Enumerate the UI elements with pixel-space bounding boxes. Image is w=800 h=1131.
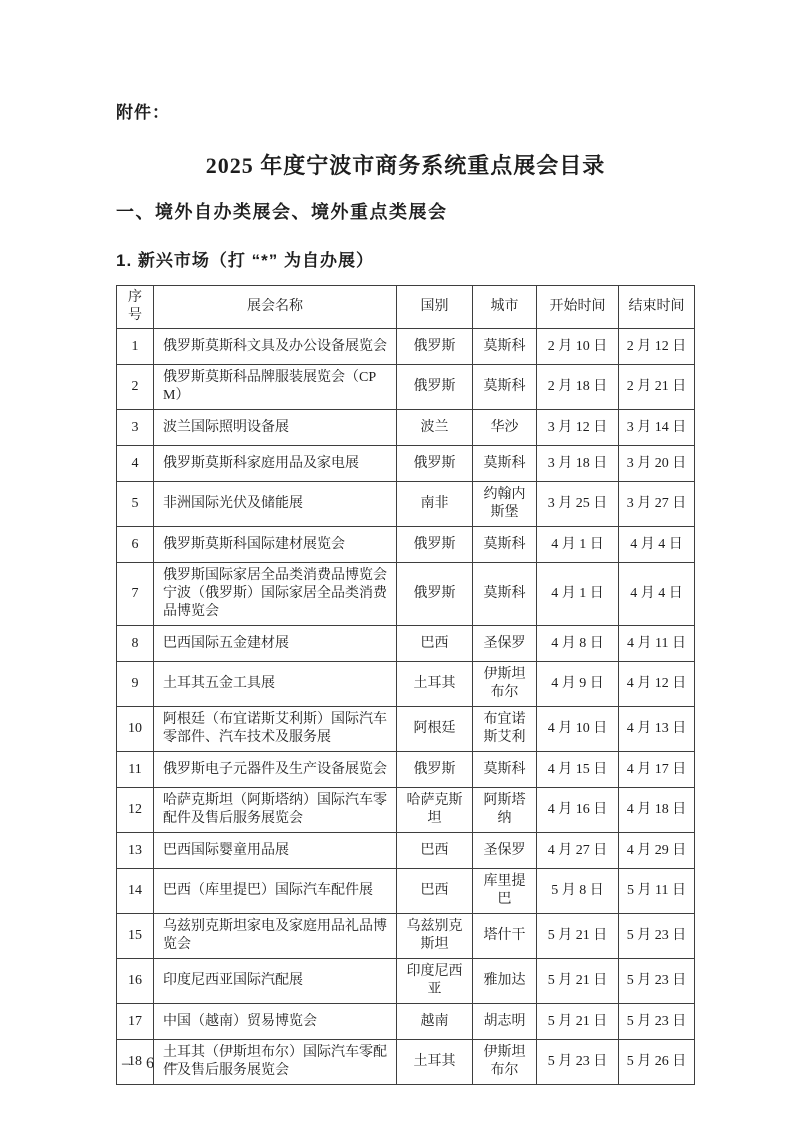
- country-cell: 印度尼西亚: [397, 959, 473, 1004]
- exhibition-name-cell: 非洲国际光伏及储能展: [154, 482, 397, 527]
- start-date-cell: 4 月 27 日: [537, 833, 619, 869]
- end-date-cell: 3 月 14 日: [619, 410, 695, 446]
- start-date-cell: 5 月 8 日: [537, 869, 619, 914]
- country-cell: 土耳其: [397, 1040, 473, 1085]
- country-cell: 乌兹别克斯坦: [397, 914, 473, 959]
- country-cell: 巴西: [397, 626, 473, 662]
- row-number-cell: 4: [117, 446, 154, 482]
- table-row: 5 非洲国际光伏及储能展 南非 约翰内斯堡 3 月 25 日 3 月 27 日: [117, 482, 695, 527]
- end-date-cell: 4 月 13 日: [619, 707, 695, 752]
- end-date-cell: 4 月 11 日: [619, 626, 695, 662]
- start-date-cell: 4 月 16 日: [537, 788, 619, 833]
- country-cell: 俄罗斯: [397, 563, 473, 626]
- exhibition-name-cell: 哈萨克斯坦（阿斯塔纳）国际汽车零配件及售后服务展览会: [154, 788, 397, 833]
- city-cell: 圣保罗: [473, 833, 537, 869]
- row-number-cell: 2: [117, 365, 154, 410]
- city-cell: 莫斯科: [473, 752, 537, 788]
- table-row: 17 中国（越南）贸易博览会 越南 胡志明 5 月 21 日 5 月 23 日: [117, 1004, 695, 1040]
- start-date-cell: 5 月 21 日: [537, 914, 619, 959]
- header-no: 序号: [117, 286, 154, 329]
- header-city: 城市: [473, 286, 537, 329]
- country-cell: 南非: [397, 482, 473, 527]
- row-number-cell: 13: [117, 833, 154, 869]
- exhibition-name-cell: 巴西国际婴童用品展: [154, 833, 397, 869]
- row-number-cell: 9: [117, 662, 154, 707]
- table-header-row: 序号 展会名称 国别 城市 开始时间 结束时间: [117, 286, 695, 329]
- city-cell: 阿斯塔纳: [473, 788, 537, 833]
- end-date-cell: 4 月 17 日: [619, 752, 695, 788]
- row-number-cell: 16: [117, 959, 154, 1004]
- row-number-cell: 14: [117, 869, 154, 914]
- end-date-cell: 5 月 23 日: [619, 1004, 695, 1040]
- end-date-cell: 3 月 27 日: [619, 482, 695, 527]
- table-row: 14 巴西（库里提巴）国际汽车配件展 巴西 库里提巴 5 月 8 日 5 月 1…: [117, 869, 695, 914]
- start-date-cell: 4 月 1 日: [537, 527, 619, 563]
- attachment-label: 附件：: [116, 98, 695, 123]
- city-cell: 库里提巴: [473, 869, 537, 914]
- start-date-cell: 3 月 12 日: [537, 410, 619, 446]
- exhibition-name-cell: 土耳其五金工具展: [154, 662, 397, 707]
- row-number-cell: 3: [117, 410, 154, 446]
- table-row: 6 俄罗斯莫斯科国际建材展览会 俄罗斯 莫斯科 4 月 1 日 4 月 4 日: [117, 527, 695, 563]
- end-date-cell: 5 月 26 日: [619, 1040, 695, 1085]
- country-cell: 越南: [397, 1004, 473, 1040]
- exhibition-name-cell: 印度尼西亚国际汽配展: [154, 959, 397, 1004]
- start-date-cell: 5 月 21 日: [537, 959, 619, 1004]
- section-heading: 一、境外自办类展会、境外重点类展会: [116, 198, 695, 224]
- subsection-heading: 1. 新兴市场（打 “*” 为自办展）: [116, 246, 695, 271]
- start-date-cell: 4 月 10 日: [537, 707, 619, 752]
- exhibition-name-cell: 巴西（库里提巴）国际汽车配件展: [154, 869, 397, 914]
- table-row: 12 哈萨克斯坦（阿斯塔纳）国际汽车零配件及售后服务展览会 哈萨克斯坦 阿斯塔纳…: [117, 788, 695, 833]
- start-date-cell: 2 月 10 日: [537, 329, 619, 365]
- document-page: 附件： 2025 年度宁波市商务系统重点展会目录 一、境外自办类展会、境外重点类…: [0, 0, 800, 1131]
- end-date-cell: 2 月 21 日: [619, 365, 695, 410]
- end-date-cell: 5 月 23 日: [619, 914, 695, 959]
- row-number-cell: 17: [117, 1004, 154, 1040]
- table-row: 10 阿根廷（布宜诺斯艾利斯）国际汽车零部件、汽车技术及服务展 阿根廷 布宜诺斯…: [117, 707, 695, 752]
- end-date-cell: 4 月 12 日: [619, 662, 695, 707]
- start-date-cell: 4 月 1 日: [537, 563, 619, 626]
- city-cell: 雅加达: [473, 959, 537, 1004]
- header-end: 结束时间: [619, 286, 695, 329]
- table-row: 3 波兰国际照明设备展 波兰 华沙 3 月 12 日 3 月 14 日: [117, 410, 695, 446]
- city-cell: 莫斯科: [473, 527, 537, 563]
- end-date-cell: 5 月 23 日: [619, 959, 695, 1004]
- exhibition-name-cell: 俄罗斯莫斯科品牌服装展览会（CPM）: [154, 365, 397, 410]
- exhibition-name-cell: 俄罗斯莫斯科国际建材展览会: [154, 527, 397, 563]
- table-row: 15 乌兹别克斯坦家电及家庭用品礼品博览会 乌兹别克斯坦 塔什干 5 月 21 …: [117, 914, 695, 959]
- start-date-cell: 4 月 8 日: [537, 626, 619, 662]
- end-date-cell: 3 月 20 日: [619, 446, 695, 482]
- country-cell: 阿根廷: [397, 707, 473, 752]
- country-cell: 俄罗斯: [397, 752, 473, 788]
- table-row: 8 巴西国际五金建材展 巴西 圣保罗 4 月 8 日 4 月 11 日: [117, 626, 695, 662]
- start-date-cell: 5 月 21 日: [537, 1004, 619, 1040]
- row-number-cell: 1: [117, 329, 154, 365]
- city-cell: 圣保罗: [473, 626, 537, 662]
- table-header: 序号 展会名称 国别 城市 开始时间 结束时间: [117, 286, 695, 329]
- end-date-cell: 4 月 18 日: [619, 788, 695, 833]
- country-cell: 俄罗斯: [397, 329, 473, 365]
- country-cell: 土耳其: [397, 662, 473, 707]
- city-cell: 伊斯坦布尔: [473, 1040, 537, 1085]
- city-cell: 约翰内斯堡: [473, 482, 537, 527]
- start-date-cell: 3 月 18 日: [537, 446, 619, 482]
- start-date-cell: 4 月 9 日: [537, 662, 619, 707]
- exhibition-name-cell: 俄罗斯莫斯科文具及办公设备展览会: [154, 329, 397, 365]
- exhibition-name-cell: 俄罗斯电子元器件及生产设备展览会: [154, 752, 397, 788]
- row-number-cell: 8: [117, 626, 154, 662]
- end-date-cell: 2 月 12 日: [619, 329, 695, 365]
- table-row: 1 俄罗斯莫斯科文具及办公设备展览会 俄罗斯 莫斯科 2 月 10 日 2 月 …: [117, 329, 695, 365]
- exhibition-name-cell: 乌兹别克斯坦家电及家庭用品礼品博览会: [154, 914, 397, 959]
- exhibition-name-cell: 阿根廷（布宜诺斯艾利斯）国际汽车零部件、汽车技术及服务展: [154, 707, 397, 752]
- page-number: – 6 –: [122, 1055, 184, 1073]
- city-cell: 塔什干: [473, 914, 537, 959]
- country-cell: 俄罗斯: [397, 365, 473, 410]
- end-date-cell: 5 月 11 日: [619, 869, 695, 914]
- start-date-cell: 3 月 25 日: [537, 482, 619, 527]
- exhibition-name-cell: 巴西国际五金建材展: [154, 626, 397, 662]
- country-cell: 波兰: [397, 410, 473, 446]
- exhibition-name-cell: 土耳其（伊斯坦布尔）国际汽车零配件及售后服务展览会: [154, 1040, 397, 1085]
- row-number-cell: 7: [117, 563, 154, 626]
- country-cell: 俄罗斯: [397, 446, 473, 482]
- table-row: 7 俄罗斯国际家居全品类消费品博览会 宁波（俄罗斯）国际家居全品类消费品博览会 …: [117, 563, 695, 626]
- row-number-cell: 5: [117, 482, 154, 527]
- country-cell: 巴西: [397, 833, 473, 869]
- end-date-cell: 4 月 29 日: [619, 833, 695, 869]
- row-number-cell: 6: [117, 527, 154, 563]
- end-date-cell: 4 月 4 日: [619, 563, 695, 626]
- city-cell: 布宜诺斯艾利: [473, 707, 537, 752]
- city-cell: 莫斯科: [473, 329, 537, 365]
- row-number-cell: 15: [117, 914, 154, 959]
- city-cell: 莫斯科: [473, 365, 537, 410]
- table-row: 11 俄罗斯电子元器件及生产设备展览会 俄罗斯 莫斯科 4 月 15 日 4 月…: [117, 752, 695, 788]
- exhibition-table: 序号 展会名称 国别 城市 开始时间 结束时间 1 俄罗斯莫斯科文具及办公设备展…: [116, 285, 695, 1085]
- row-number-cell: 12: [117, 788, 154, 833]
- table-row: 13 巴西国际婴童用品展 巴西 圣保罗 4 月 27 日 4 月 29 日: [117, 833, 695, 869]
- table-row: 16 印度尼西亚国际汽配展 印度尼西亚 雅加达 5 月 21 日 5 月 23 …: [117, 959, 695, 1004]
- page-title: 2025 年度宁波市商务系统重点展会目录: [116, 149, 695, 180]
- start-date-cell: 4 月 15 日: [537, 752, 619, 788]
- start-date-cell: 5 月 23 日: [537, 1040, 619, 1085]
- exhibition-name-cell: 俄罗斯莫斯科家庭用品及家电展: [154, 446, 397, 482]
- city-cell: 伊斯坦布尔: [473, 662, 537, 707]
- country-cell: 哈萨克斯坦: [397, 788, 473, 833]
- table-row: 9 土耳其五金工具展 土耳其 伊斯坦布尔 4 月 9 日 4 月 12 日: [117, 662, 695, 707]
- city-cell: 华沙: [473, 410, 537, 446]
- start-date-cell: 2 月 18 日: [537, 365, 619, 410]
- exhibition-name-cell: 俄罗斯国际家居全品类消费品博览会 宁波（俄罗斯）国际家居全品类消费品博览会: [154, 563, 397, 626]
- end-date-cell: 4 月 4 日: [619, 527, 695, 563]
- city-cell: 胡志明: [473, 1004, 537, 1040]
- country-cell: 巴西: [397, 869, 473, 914]
- row-number-cell: 10: [117, 707, 154, 752]
- exhibition-name-cell: 波兰国际照明设备展: [154, 410, 397, 446]
- table-row: 2 俄罗斯莫斯科品牌服装展览会（CPM） 俄罗斯 莫斯科 2 月 18 日 2 …: [117, 365, 695, 410]
- city-cell: 莫斯科: [473, 446, 537, 482]
- table-row: 4 俄罗斯莫斯科家庭用品及家电展 俄罗斯 莫斯科 3 月 18 日 3 月 20…: [117, 446, 695, 482]
- table-row: 18 土耳其（伊斯坦布尔）国际汽车零配件及售后服务展览会 土耳其 伊斯坦布尔 5…: [117, 1040, 695, 1085]
- table-body: 1 俄罗斯莫斯科文具及办公设备展览会 俄罗斯 莫斯科 2 月 10 日 2 月 …: [117, 329, 695, 1085]
- city-cell: 莫斯科: [473, 563, 537, 626]
- country-cell: 俄罗斯: [397, 527, 473, 563]
- row-number-cell: 11: [117, 752, 154, 788]
- header-start: 开始时间: [537, 286, 619, 329]
- header-country: 国别: [397, 286, 473, 329]
- exhibition-name-cell: 中国（越南）贸易博览会: [154, 1004, 397, 1040]
- header-name: 展会名称: [154, 286, 397, 329]
